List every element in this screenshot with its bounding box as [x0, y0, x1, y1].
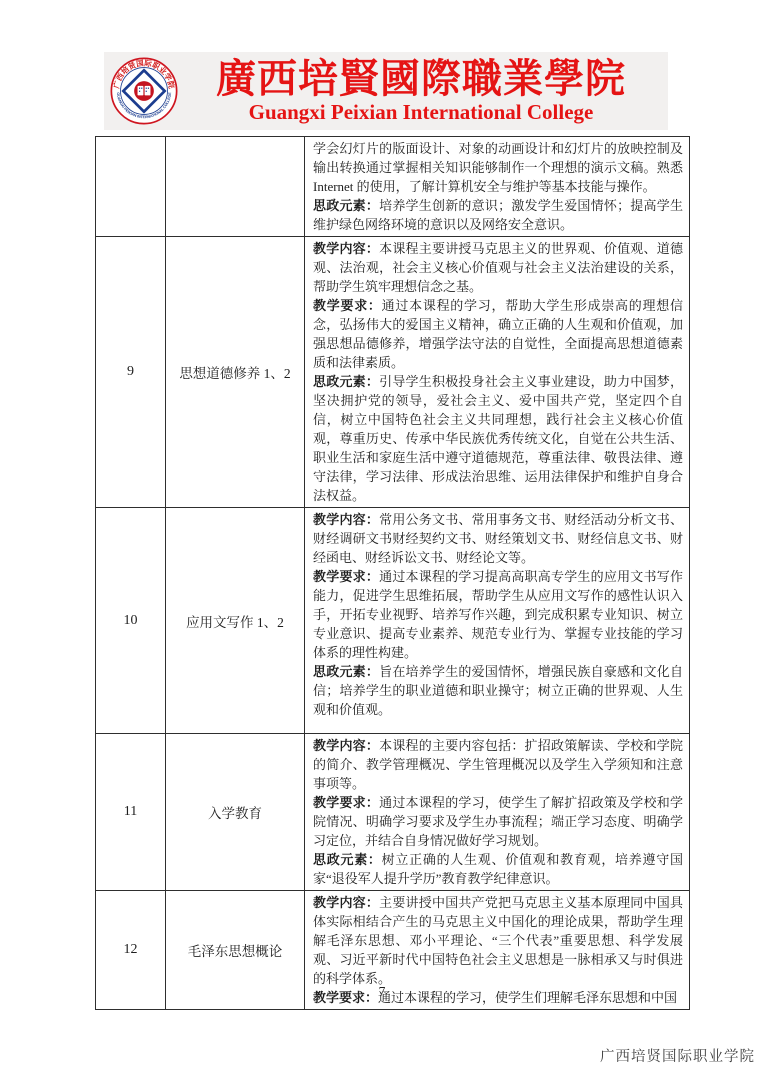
course-table: 学会幻灯片的版面设计、对象的动画设计和幻灯片的放映控制及输出转换通过掌握相关知识…	[95, 136, 690, 1010]
course-description: 教学内容：本课程主要讲授马克思主义的世界观、价值观、道德观、法治观，社会主义核心…	[305, 237, 690, 508]
paragraph-label: 思政元素：	[313, 852, 382, 867]
paragraph: 教学内容：本课程的主要内容包括：扩招政策解读、学校和学院的简介、教学管理概况、学…	[313, 736, 683, 793]
paragraph: 教学内容：本课程主要讲授马克思主义的世界观、价值观、道德观、法治观，社会主义核心…	[313, 239, 683, 296]
paragraph: 教学要求：通过本课程的学习提高高职高专学生的应用文书写作能力，促进学生思维拓展，…	[313, 567, 683, 662]
table-row: 学会幻灯片的版面设计、对象的动画设计和幻灯片的放映控制及输出转换通过掌握相关知识…	[96, 137, 690, 237]
table-row: 10 应用文写作 1、2 教学内容：常用公务文书、常用事务文书、财经活动分析文书…	[96, 508, 690, 734]
paragraph-label: 教学内容：	[313, 738, 379, 753]
paragraph: 思政元素：旨在培养学生的爱国情怀，增强民族自豪感和文化自信；培养学生的职业道德和…	[313, 662, 683, 719]
college-title-english: Guangxi Peixian International College	[178, 101, 664, 123]
paragraph-label: 教学内容：	[313, 512, 379, 527]
college-logo-icon: 广西培贤国际职业学院 GUANGXI PEIXIAN INTERNATIONAL…	[110, 57, 178, 125]
course-name: 思想道德修养 1、2	[166, 237, 305, 508]
paragraph-label: 教学内容：	[313, 241, 379, 256]
footer-college-name: 广西培贤国际职业学院	[600, 1045, 755, 1066]
course-number	[96, 137, 166, 237]
paragraph-label: 思政元素：	[313, 664, 379, 679]
course-description: 学会幻灯片的版面设计、对象的动画设计和幻灯片的放映控制及输出转换通过掌握相关知识…	[305, 137, 690, 237]
college-title-chinese: 廣西培賢國際職業學院	[178, 59, 664, 100]
paragraph-label: 思政元素：	[313, 374, 379, 389]
table-row: 9 思想道德修养 1、2 教学内容：本课程主要讲授马克思主义的世界观、价值观、道…	[96, 237, 690, 508]
table-row: 11 入学教育 教学内容：本课程的主要内容包括：扩招政策解读、学校和学院的简介、…	[96, 734, 690, 891]
course-name: 应用文写作 1、2	[166, 508, 305, 734]
college-header: 广西培贤国际职业学院 GUANGXI PEIXIAN INTERNATIONAL…	[104, 52, 668, 130]
course-number: 11	[96, 734, 166, 891]
paragraph: 教学要求：通过本课程的学习，帮助大学生形成崇高的理想信念，弘扬伟大的爱国主义精神…	[313, 296, 683, 372]
paragraph-label: 教学要求：	[313, 569, 379, 584]
college-titles: 廣西培賢國際職業學院 Guangxi Peixian International…	[178, 59, 668, 124]
course-number: 10	[96, 508, 166, 734]
paragraph: 教学内容：主要讲授中国共产党把马克思主义基本原理同中国具体实际相结合产生的马克思…	[313, 893, 683, 988]
logo-center-circle	[134, 81, 154, 101]
paragraph: 教学要求：通过本课程的学习，使学生了解扩招政策及学校和学院情况、明确学习要求及学…	[313, 793, 683, 850]
paragraph-label: 教学要求：	[313, 795, 379, 810]
paragraph-text: 学会幻灯片的版面设计、对象的动画设计和幻灯片的放映控制及输出转换通过掌握相关知识…	[313, 141, 683, 194]
course-name: 入学教育	[166, 734, 305, 891]
paragraph: 教学内容：常用公务文书、常用事务文书、财经活动分析文书、财经调研文书财经契约文书…	[313, 510, 683, 567]
course-description: 教学内容：常用公务文书、常用事务文书、财经活动分析文书、财经调研文书财经契约文书…	[305, 508, 690, 734]
paragraph: 思政元素：引导学生积极投身社会主义事业建设，助力中国梦，坚决拥护党的领导，爱社会…	[313, 372, 683, 505]
page-number: 7	[0, 984, 764, 1000]
paragraph-label: 教学内容：	[313, 895, 379, 910]
paragraph-text: 引导学生积极投身社会主义事业建设，助力中国梦，坚决拥护党的领导，爱社会主义、爱中…	[313, 374, 683, 503]
paragraph-label: 教学要求：	[313, 298, 382, 313]
document-page: 广西培贤国际职业学院 GUANGXI PEIXIAN INTERNATIONAL…	[0, 0, 764, 1080]
course-description: 教学内容：本课程的主要内容包括：扩招政策解读、学校和学院的简介、教学管理概况、学…	[305, 734, 690, 891]
paragraph: 思政元素：树立正确的人生观、价值观和教育观，培养遵守国家“退役军人提升学历”教育…	[313, 850, 683, 888]
paragraph-label: 思政元素：	[313, 198, 379, 213]
course-name	[166, 137, 305, 237]
paragraph: 思政元素：培养学生创新的意识；激发学生爱国情怀；提高学生维护绿色网络环境的意识以…	[313, 196, 683, 234]
course-number: 9	[96, 237, 166, 508]
paragraph: 学会幻灯片的版面设计、对象的动画设计和幻灯片的放映控制及输出转换通过掌握相关知识…	[313, 139, 683, 196]
